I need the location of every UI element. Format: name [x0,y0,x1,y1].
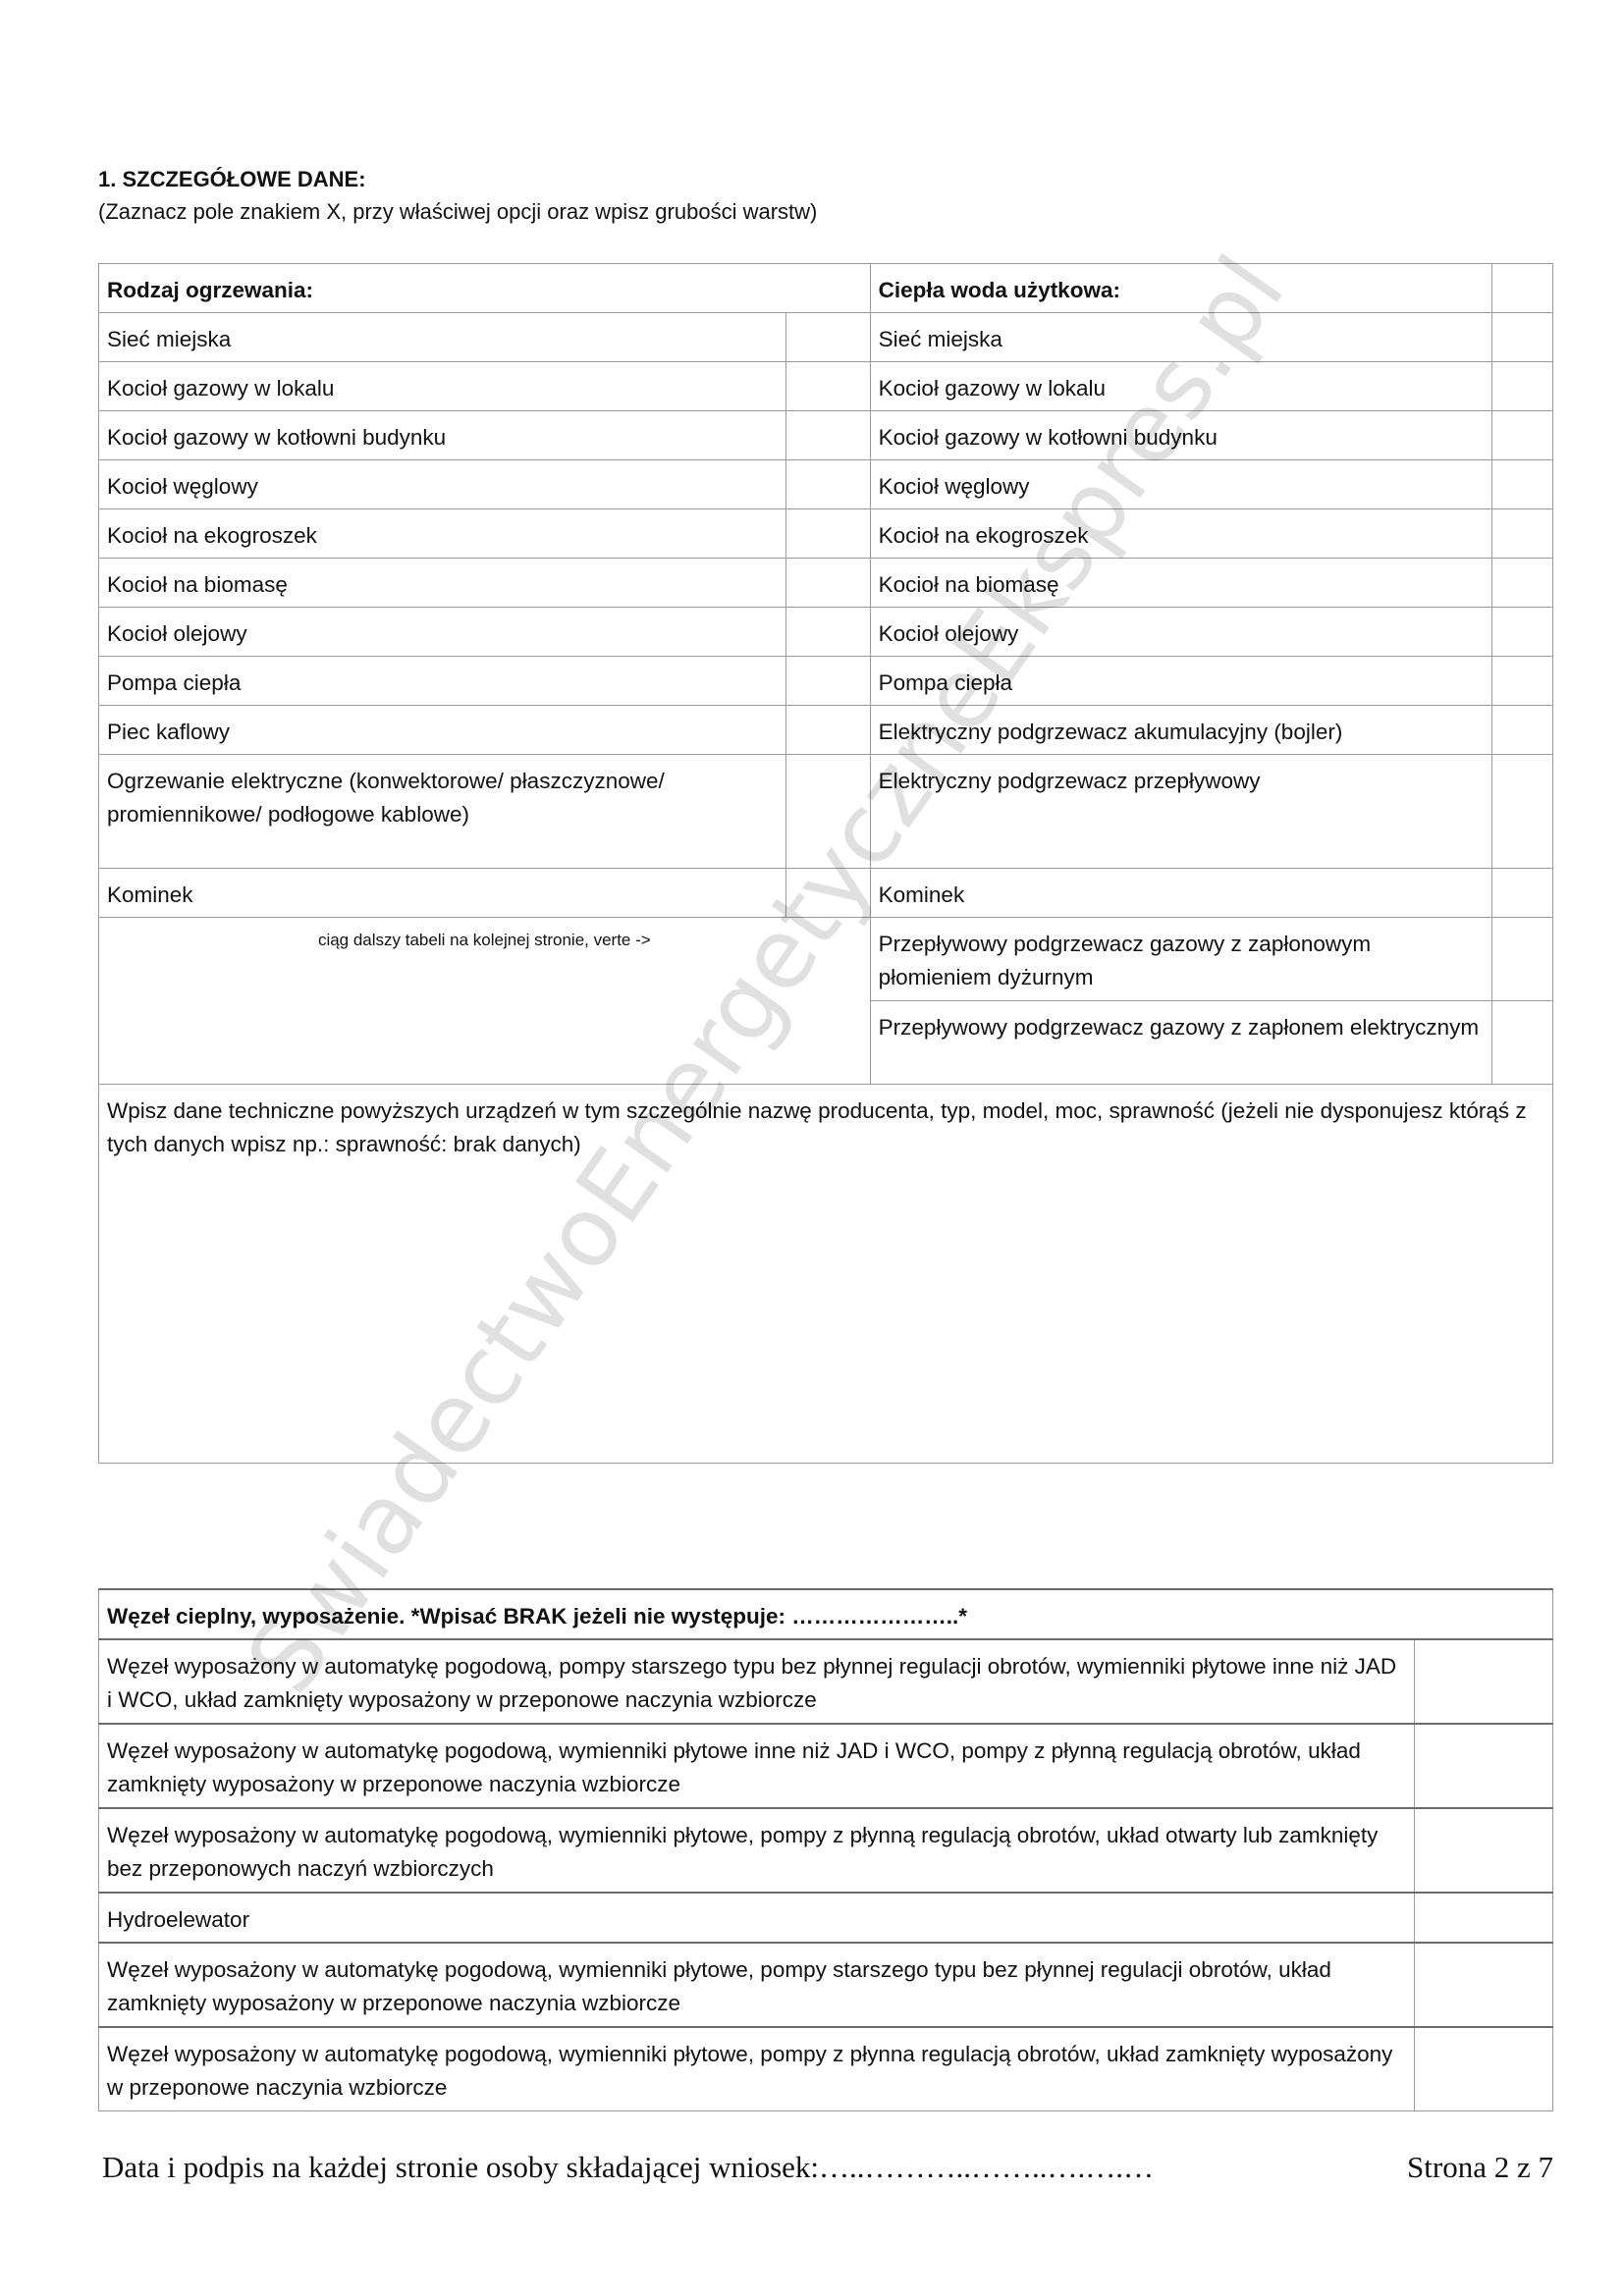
water-option-label: Kocioł węglowy [870,460,1491,509]
heat-node-table: Węzeł cieplny, wyposażenie. *Wpisać BRAK… [98,1588,1553,2111]
water-option-checkbox[interactable] [1492,313,1553,362]
heating-option-label: Ogrzewanie elektryczne (konwektorowe/ pł… [99,755,786,869]
heat-node-option-checkbox[interactable] [1414,1724,1552,1808]
water-option-checkbox[interactable] [1492,608,1553,657]
heating-option-checkbox[interactable] [786,313,870,362]
heating-option-checkbox[interactable] [786,362,870,411]
heat-node-row: Węzeł wyposażony w automatykę pogodową, … [99,2027,1553,2111]
water-option-checkbox[interactable] [1492,411,1553,460]
heat-node-row: Węzeł wyposażony w automatykę pogodową, … [99,1808,1553,1893]
heat-node-option-checkbox[interactable] [1414,1639,1552,1724]
water-header: Ciepła woda użytkowa: [870,264,1491,313]
heating-option-label: Kocioł gazowy w lokalu [99,362,786,411]
water-option-checkbox[interactable] [1492,559,1553,608]
heating-row: KominekKominek [99,869,1553,918]
heating-row: Kocioł na biomasęKocioł na biomasę [99,559,1553,608]
heating-option-checkbox[interactable] [786,706,870,755]
water-option-label: Przepływowy podgrzewacz gazowy z zapłono… [870,918,1491,1001]
water-header-box [1492,264,1553,313]
section-title: 1. SZCZEGÓŁOWE DANE: [98,167,366,192]
heat-node-option-label: Hydroelewator [99,1893,1415,1943]
water-option-label: Kominek [870,869,1491,918]
water-option-checkbox[interactable] [1492,1001,1553,1085]
heating-option-checkbox[interactable] [786,411,870,460]
water-option-label: Kocioł gazowy w kotłowni budynku [870,411,1491,460]
heating-option-label: Kocioł gazowy w kotłowni budynku [99,411,786,460]
heating-row: Kocioł gazowy w kotłowni budynkuKocioł g… [99,411,1553,460]
heating-option-label: Kominek [99,869,786,918]
water-option-label: Elektryczny podgrzewacz przepływowy [870,755,1491,869]
section-instruction: (Zaznacz pole znakiem X, przy właściwej … [98,199,817,225]
heating-option-checkbox[interactable] [786,608,870,657]
heating-header: Rodzaj ogrzewania: [99,264,871,313]
heating-option-checkbox[interactable] [786,559,870,608]
water-option-label: Pompa ciepła [870,657,1491,706]
water-option-label: Kocioł na biomasę [870,559,1491,608]
heating-option-checkbox[interactable] [786,460,870,509]
heat-node-option-checkbox[interactable] [1414,1943,1552,2027]
water-option-checkbox[interactable] [1492,706,1553,755]
water-option-checkbox[interactable] [1492,869,1553,918]
heating-option-label: Sieć miejska [99,313,786,362]
heating-option-checkbox[interactable] [786,869,870,918]
heat-node-header: Węzeł cieplny, wyposażenie. *Wpisać BRAK… [99,1589,1553,1639]
heat-node-row: Hydroelewator [99,1893,1553,1943]
heating-option-label: Piec kaflowy [99,706,786,755]
heat-node-option-label: Węzeł wyposażony w automatykę pogodową, … [99,1943,1415,2027]
heating-table: Rodzaj ogrzewania: Ciepła woda użytkowa:… [98,263,1553,1464]
water-option-label: Kocioł gazowy w lokalu [870,362,1491,411]
heat-node-option-label: Węzeł wyposażony w automatykę pogodową, … [99,2027,1415,2111]
water-row: ciąg dalszy tabeli na kolejnej stronie, … [99,918,1553,1001]
water-option-label: Sieć miejska [870,313,1491,362]
heating-row: Kocioł na ekogroszekKocioł na ekogroszek [99,509,1553,559]
water-option-label: Kocioł na ekogroszek [870,509,1491,559]
heating-row: Kocioł węglowyKocioł węglowy [99,460,1553,509]
heat-node-option-checkbox[interactable] [1414,1893,1552,1943]
heating-row: Piec kaflowyElektryczny podgrzewacz akum… [99,706,1553,755]
continuation-note: ciąg dalszy tabeli na kolejnej stronie, … [99,918,871,1085]
heating-option-checkbox[interactable] [786,509,870,559]
heating-option-label: Kocioł na ekogroszek [99,509,786,559]
page-number: Strona 2 z 7 [1407,2150,1553,2185]
heating-row: Sieć miejskaSieć miejska [99,313,1553,362]
heat-node-option-label: Węzeł wyposażony w automatykę pogodową, … [99,1724,1415,1808]
heat-node-option-checkbox[interactable] [1414,1808,1552,1893]
heating-option-label: Pompa ciepła [99,657,786,706]
water-option-label: Elektryczny podgrzewacz akumulacyjny (bo… [870,706,1491,755]
heating-row: Kocioł gazowy w lokaluKocioł gazowy w lo… [99,362,1553,411]
heating-option-label: Kocioł węglowy [99,460,786,509]
heating-option-label: Kocioł na biomasę [99,559,786,608]
water-option-checkbox[interactable] [1492,657,1553,706]
heat-node-row: Węzeł wyposażony w automatykę pogodową, … [99,1639,1553,1724]
heating-row: Ogrzewanie elektryczne (konwektorowe/ pł… [99,755,1553,869]
heat-node-option-checkbox[interactable] [1414,2027,1552,2111]
water-option-checkbox[interactable] [1492,362,1553,411]
heating-option-label: Kocioł olejowy [99,608,786,657]
water-option-label: Przepływowy podgrzewacz gazowy z zapłone… [870,1001,1491,1085]
heating-option-checkbox[interactable] [786,755,870,869]
heating-option-checkbox[interactable] [786,657,870,706]
heat-node-row: Węzeł wyposażony w automatykę pogodową, … [99,1724,1553,1808]
heat-node-row: Węzeł wyposażony w automatykę pogodową, … [99,1943,1553,2027]
water-option-checkbox[interactable] [1492,460,1553,509]
heat-node-option-label: Węzeł wyposażony w automatykę pogodową, … [99,1639,1415,1724]
heating-row: Kocioł olejowyKocioł olejowy [99,608,1553,657]
heat-node-option-label: Węzeł wyposażony w automatykę pogodową, … [99,1808,1415,1893]
water-option-label: Kocioł olejowy [870,608,1491,657]
technical-data-field[interactable]: Wpisz dane techniczne powyższych urządze… [99,1085,1553,1464]
water-option-checkbox[interactable] [1492,755,1553,869]
heating-row: Pompa ciepłaPompa ciepła [99,657,1553,706]
technical-data-prompt: Wpisz dane techniczne powyższych urządze… [107,1098,1527,1156]
water-option-checkbox[interactable] [1492,509,1553,559]
water-option-checkbox[interactable] [1492,918,1553,1001]
signature-line: Data i podpis na każdej stronie osoby sk… [102,2150,1154,2185]
